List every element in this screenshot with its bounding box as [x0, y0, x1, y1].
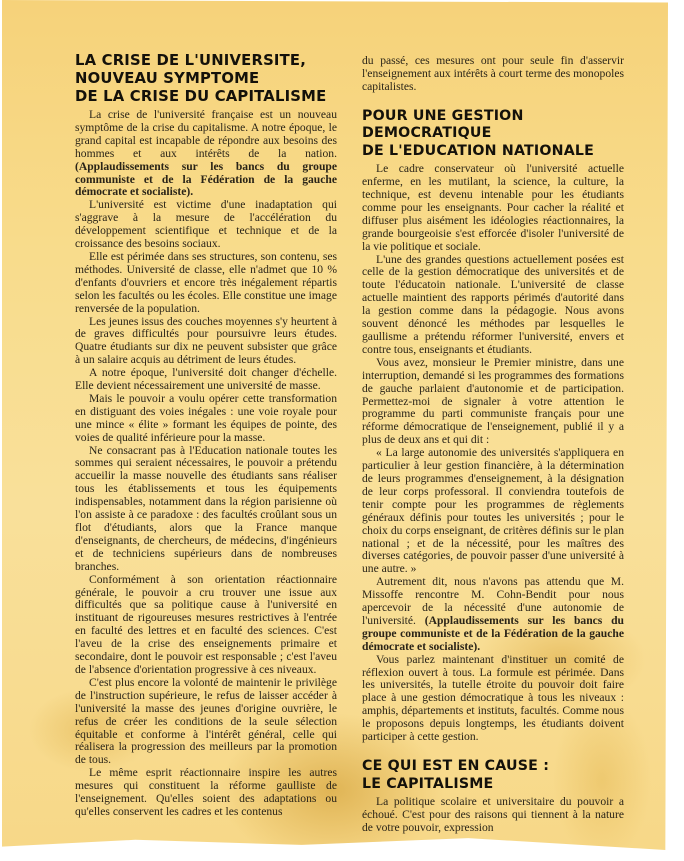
heading-line: LA CRISE DE L'UNIVERSITE, [75, 52, 306, 69]
heading-line: NOUVEAU SYMPTOME [75, 70, 259, 87]
paragraph: Les jeunes issus des couches moyennes s'… [75, 316, 337, 368]
left-paragraphs: La crise de l'université française est u… [75, 109, 337, 819]
paragraph: Elle est périmée dans ses structures, so… [75, 251, 337, 316]
capitalisme-paragraphs: La politique scolaire et universitaire d… [362, 796, 624, 835]
heading-line: CE QUI EST EN CAUSE : [362, 758, 549, 774]
applause-note: (Applaudissements sur les bancs du group… [362, 614, 624, 653]
paragraph: Autrement dit, nous n'avons pas attendu … [362, 576, 624, 653]
paragraph: La politique scolaire et universitaire d… [362, 796, 624, 835]
paragraph: « La large autonomie des universités s'a… [362, 447, 624, 576]
heading-gestion-democratique: POUR UNE GESTION DEMOCRATIQUE DE L'EDUCA… [362, 108, 624, 161]
heading-crise-universite: LA CRISE DE L'UNIVERSITE, NOUVEAU SYMPTO… [75, 52, 337, 106]
heading-line: LE CAPITALISME [362, 776, 493, 792]
paragraph: Ne consacrant pas à l'Education national… [75, 445, 337, 574]
paragraph: Mais le pouvoir a voulu opérer cette tra… [75, 393, 337, 445]
left-column: LA CRISE DE L'UNIVERSITE, NOUVEAU SYMPTO… [75, 52, 337, 819]
paragraph: Vous parlez maintenant d'instituer un co… [362, 654, 624, 744]
paragraph: A notre époque, l'université doit change… [75, 367, 337, 393]
right-column: du passé, ces mesures ont pour seule fin… [362, 55, 624, 835]
paragraph: Le même esprit réactionnaire inspire les… [75, 767, 337, 819]
heading-line: POUR UNE GESTION DEMOCRATIQUE [362, 108, 524, 142]
heading-line: DE L'EDUCATION NATIONALE [362, 143, 594, 159]
paragraph: Le cadre conservateur où l'université ac… [362, 163, 624, 253]
applause-note: (Applaudissements sur les bancs du group… [75, 160, 337, 199]
heading-capitalisme: CE QUI EST EN CAUSE : LE CAPITALISME [362, 758, 624, 793]
paragraph: L'université est victime d'une inadaptat… [75, 199, 337, 251]
paragraph: La crise de l'université française est u… [75, 109, 337, 199]
paragraph: L'une des grandes questions actuellement… [362, 254, 624, 357]
paragraph: C'est plus encore la volonté de mainteni… [75, 677, 337, 767]
continuation-paragraph: du passé, ces mesures ont pour seule fin… [362, 55, 624, 94]
heading-line: DE LA CRISE DU CAPITALISME [75, 88, 326, 105]
paragraph: Vous avez, monsieur le Premier ministre,… [362, 357, 624, 447]
paragraph: Conformément à son orientation réactionn… [75, 574, 337, 677]
gestion-paragraphs: Le cadre conservateur où l'université ac… [362, 163, 624, 744]
